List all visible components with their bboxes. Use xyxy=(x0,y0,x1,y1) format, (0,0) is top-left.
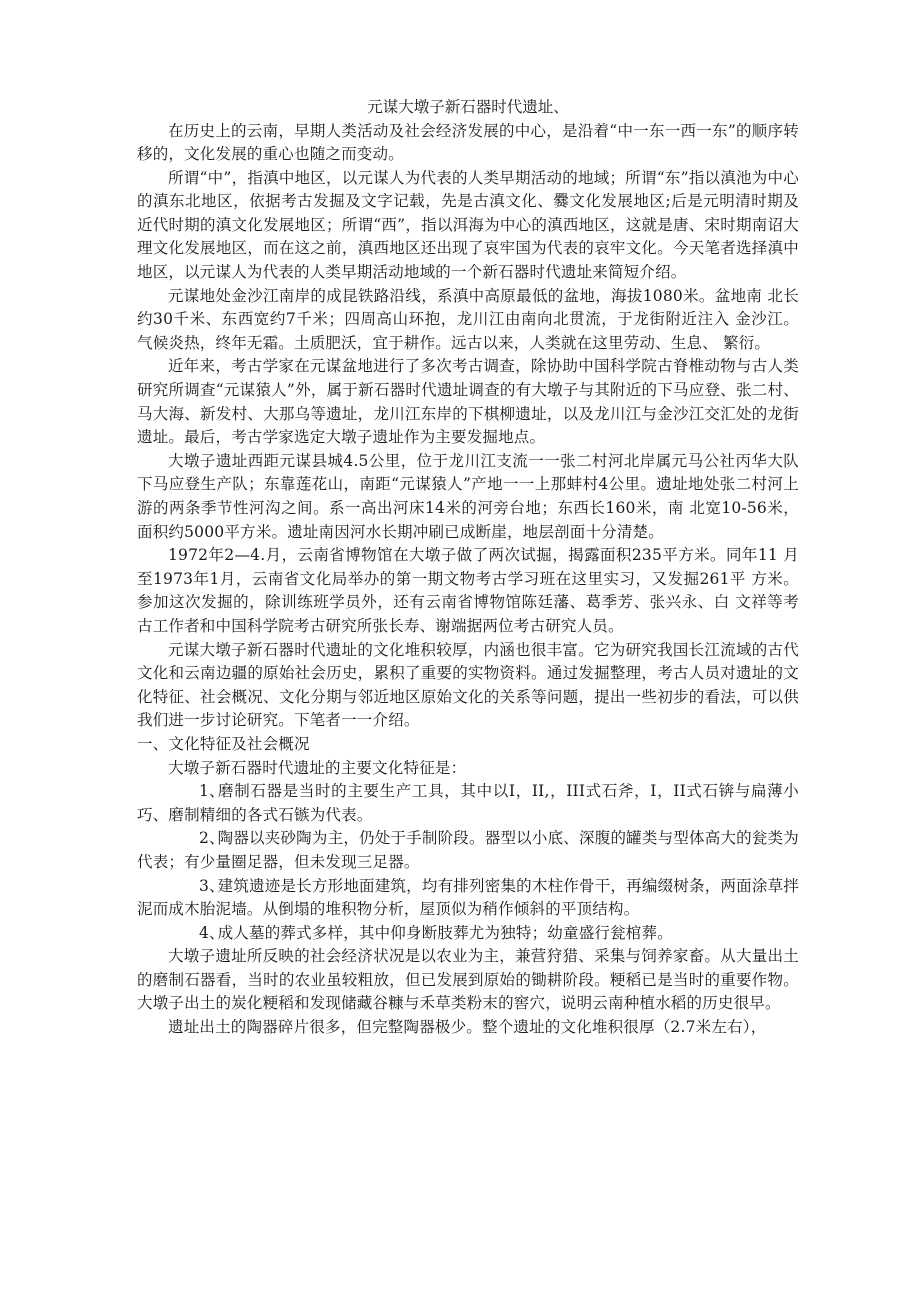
feature-item-3: 3、建筑遗迹是长方形地面建筑，均有排列密集的木柱作骨干，再编缀树条，两面涂草拌泥… xyxy=(137,875,799,922)
document-page: 元谋大墩子新石器时代遗址、 在历史上的云南，早期人类活动及社会经济发展的中心，是… xyxy=(137,96,799,1040)
feature-number: 4、 xyxy=(168,922,218,946)
feature-text: 磨制石器是当时的主要生产工具，其中以I，II,，III式石斧，I，II式石锛与扁… xyxy=(137,782,799,824)
paragraph-geography: 元谋地处金沙江南岸的成昆铁路沿线，系滇中高原最低的盆地，海拔1080米。盆地南 … xyxy=(137,285,799,356)
feature-text: 陶器以夹砂陶为主，仍处于手制阶段。器型以小底、深腹的罐类与型体高大的瓮类为代表；… xyxy=(137,829,799,871)
paragraph-economy: 大墩子遗址所反映的社会经济状况是以农业为主，兼营狩猎、采集与饲养家畜。从大量出土… xyxy=(137,945,799,1016)
feature-item-4: 4、成人墓的葬式多样，其中仰身断肢葬尤为独特；幼童盛行瓮棺葬。 xyxy=(137,922,799,946)
feature-number: 1、 xyxy=(168,780,218,804)
paragraph-pottery: 遗址出土的陶器碎片很多，但完整陶器极少。整个遗址的文化堆积很厚（2.7米左右）， xyxy=(137,1016,799,1040)
feature-item-2: 2、陶器以夹砂陶为主，仍处于手制阶段。器型以小底、深腹的罐类与型体高大的瓮类为代… xyxy=(137,827,799,874)
paragraph-significance: 元谋大墩子新石器时代遗址的文化堆积较厚，内涵也很丰富。它为研究我国长江流域的古代… xyxy=(137,639,799,733)
paragraph-surveys: 近年来，考古学家在元谋盆地进行了多次考古调查，除协助中国科学院古脊椎动物与古人类… xyxy=(137,355,799,449)
section-intro: 大墩子新石器时代遗址的主要文化特征是： xyxy=(137,757,799,781)
paragraph-site-location: 大墩子遗址西距元谋县城4.5公里，位于龙川江支流一一张二村河北岸属元马公社丙华大… xyxy=(137,450,799,544)
document-title: 元谋大墩子新石器时代遗址、 xyxy=(137,96,799,120)
paragraph-regions: 所谓“中”，指滇中地区，以元谋人为代表的人类早期活动的地域；所谓“东”指以滇池为… xyxy=(137,167,799,285)
feature-number: 2、 xyxy=(168,827,218,851)
paragraph-intro: 在历史上的云南，早期人类活动及社会经济发展的中心，是沿着“中一东一西一东”的顺序… xyxy=(137,120,799,167)
feature-item-1: 1、磨制石器是当时的主要生产工具，其中以I，II,，III式石斧，I，II式石锛… xyxy=(137,780,799,827)
section-heading: 一、文化特征及社会概况 xyxy=(137,733,799,757)
feature-number: 3、 xyxy=(168,875,218,899)
paragraph-excavations: 1972年2—4.月，云南省博物馆在大墩子做了两次试掘，揭露面积235平方米。同… xyxy=(137,544,799,638)
feature-text: 建筑遗迹是长方形地面建筑，均有排列密集的木柱作骨干，再编缀树条，两面涂草拌泥而成… xyxy=(137,877,799,919)
feature-text: 成人墓的葬式多样，其中仰身断肢葬尤为独特；幼童盛行瓮棺葬。 xyxy=(218,924,673,942)
